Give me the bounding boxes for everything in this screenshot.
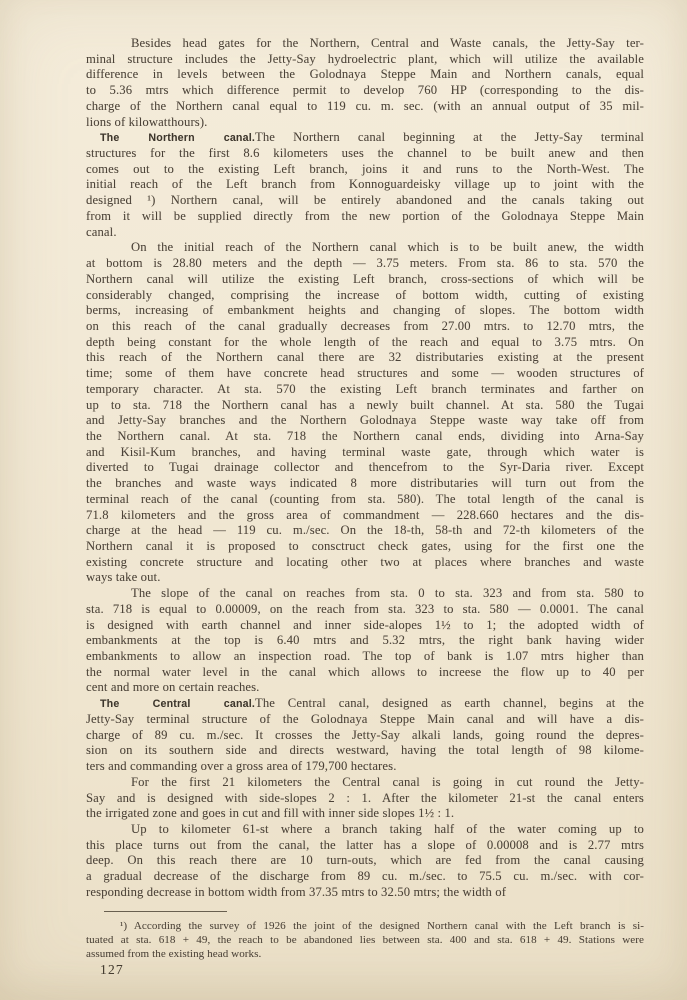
sidehead-the-central-canal: The Central canal. <box>86 697 255 712</box>
text-line: charge at the head — 119 cu. m./sec. On … <box>86 523 644 539</box>
text-line: on this reach of the canal gradually dec… <box>86 319 644 335</box>
text-line: ways take out. <box>86 570 644 586</box>
text-line: existing concrete structure and locating… <box>86 555 644 571</box>
text-line-content: The Central canal, designed as earth cha… <box>255 696 644 712</box>
footnote-line: assumed from the existing head works. <box>86 948 644 962</box>
text-line: lions of kilowatthours). <box>86 115 644 131</box>
page-number: 127 <box>100 962 124 978</box>
paragraph: Up to kilometer 61-st where a branch tak… <box>86 822 644 901</box>
text-line: Besides head gates for the Northern, Cen… <box>86 36 644 52</box>
text-line: at bottom is 28.80 meters and the depth … <box>86 256 644 272</box>
text-line: Say and is designed with side-slopes 2 :… <box>86 791 644 807</box>
body-text: Besides head gates for the Northern, Cen… <box>86 36 644 901</box>
text-line: initial reach of the Left branch from Ko… <box>86 177 644 193</box>
text-line: Northern canal will utilize the existing… <box>86 272 644 288</box>
text-line: up to sta. 718 the Northern canal has a … <box>86 398 644 414</box>
paragraph: The Central canal.The Central canal, des… <box>86 696 644 775</box>
text-line: this reach of the Northern canal there a… <box>86 350 644 366</box>
text-line: embankments at the top is 6.40 mtrs and … <box>86 633 644 649</box>
text-line: diverted to Tugai drainage collector and… <box>86 460 644 476</box>
text-line: ters and commanding over a gross area of… <box>86 759 644 775</box>
text-line: sion on its southern side and directs we… <box>86 743 644 759</box>
text-line: structures for the first 8.6 kilometers … <box>86 146 644 162</box>
text-line: difference in levels between the Golodna… <box>86 67 644 83</box>
text-line: charge of the Northern canal equal to 11… <box>86 99 644 115</box>
text-line: responding decrease in bottom width from… <box>86 885 644 901</box>
text-line: sta. 718 is equal to 0.00009, on the rea… <box>86 602 644 618</box>
text-line: is designed with earth channel and inner… <box>86 618 644 634</box>
text-line: minal structure includes the Jetty-Say h… <box>86 52 644 68</box>
text-line: considerably changed, comprising the inc… <box>86 288 644 304</box>
footnote-line: tuated at sta. 618 + 49, the reach to be… <box>86 934 644 948</box>
text-line: cent and more on certain reaches. <box>86 680 644 696</box>
paragraph: On the initial reach of the Northern can… <box>86 240 644 586</box>
text-line: 71.8 kilometers and the gross area of co… <box>86 508 644 524</box>
text-line: and Kisil-Kum branches, and having termi… <box>86 445 644 461</box>
text-line: Jetty-Say terminal structure of the Golo… <box>86 712 644 728</box>
text-line: On the initial reach of the Northern can… <box>86 240 644 256</box>
text-line: the irrigated zone and goes in cut and f… <box>86 806 644 822</box>
text-line: comes out to the existing Left branch, j… <box>86 162 644 178</box>
text-line: a gradual decrease of the discharge from… <box>86 869 644 885</box>
text-line: the Northern canal. At sta. 718 the Nort… <box>86 429 644 445</box>
text-line: to 5.36 mtrs which difference permit to … <box>86 83 644 99</box>
text-line: and Jetty-Say branches and the Northern … <box>86 413 644 429</box>
text-line: The Northern canal.The Northern canal be… <box>86 130 644 146</box>
paragraph: Besides head gates for the Northern, Cen… <box>86 36 644 130</box>
paragraph: The slope of the canal on reaches from s… <box>86 586 644 696</box>
footnote-divider <box>104 911 227 912</box>
text-line: The slope of the canal on reaches from s… <box>86 586 644 602</box>
text-line: embankments to allow an inspection road.… <box>86 649 644 665</box>
text-line: time; some of them have concrete head st… <box>86 366 644 382</box>
text-line: depth being constant for the whole lengt… <box>86 335 644 351</box>
scanned-page: Besides head gates for the Northern, Cen… <box>0 0 687 1000</box>
text-line: designed ¹) Northern canal, will be enti… <box>86 193 644 209</box>
footnote: ¹) According the survey of 1926 the join… <box>86 920 644 961</box>
sidehead-the-northern-canal: The Northern canal. <box>86 131 255 146</box>
paragraph: The Northern canal.The Northern canal be… <box>86 130 644 240</box>
text-line-content: The Northern canal beginning at the Jett… <box>255 130 644 146</box>
footnote-line: ¹) According the survey of 1926 the join… <box>86 920 644 934</box>
paragraph: For the first 21 kilometers the Central … <box>86 775 644 822</box>
text-line: canal. <box>86 225 644 241</box>
text-line: The Central canal.The Central canal, des… <box>86 696 644 712</box>
text-line: Up to kilometer 61-st where a branch tak… <box>86 822 644 838</box>
text-line: For the first 21 kilometers the Central … <box>86 775 644 791</box>
text-line: the branches and waste ways indicated 8 … <box>86 476 644 492</box>
text-line: terminal reach of the canal (counting fr… <box>86 492 644 508</box>
text-line: charge of 89 cu. m./sec. It crosses the … <box>86 728 644 744</box>
text-line: the normal water level in the canal whic… <box>86 665 644 681</box>
text-line: Northern canal it is proposed to consctr… <box>86 539 644 555</box>
text-line: from it will be supplied directly from t… <box>86 209 644 225</box>
text-line: deep. On this reach there are 10 turn-ou… <box>86 853 644 869</box>
text-line: temporary character. At sta. 570 the exi… <box>86 382 644 398</box>
text-line: berms, increasing of embankment heights … <box>86 303 644 319</box>
text-line: this place turns out from the canal, the… <box>86 838 644 854</box>
